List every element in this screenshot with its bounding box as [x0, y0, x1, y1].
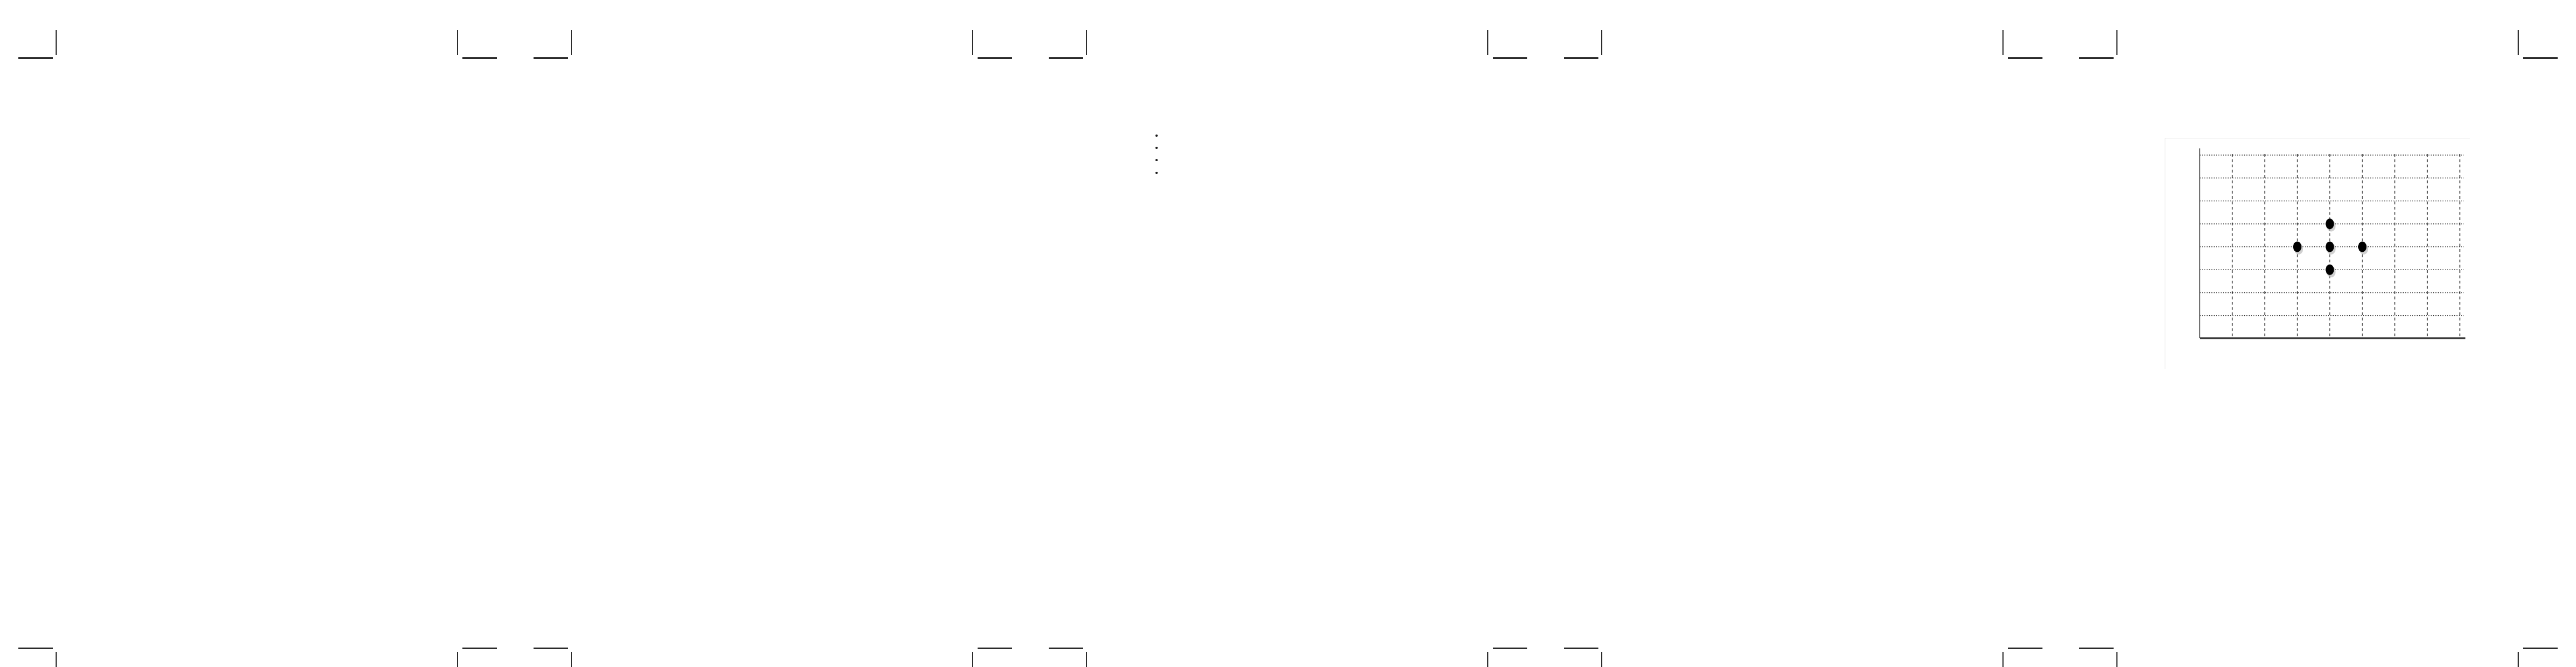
crop-mark [1493, 57, 1527, 59]
crop-mark [1601, 652, 1602, 667]
crop-mark [1049, 57, 1083, 59]
crop-mark [2523, 57, 2558, 59]
text-column [619, 123, 924, 140]
crop-mark [2523, 648, 2558, 649]
crop-mark [978, 57, 1012, 59]
crop-mark [462, 648, 497, 649]
crop-mark [2002, 652, 2004, 667]
page-1 [0, 0, 515, 667]
crop-mark [2079, 57, 2114, 59]
page-4 [1546, 0, 2061, 667]
crop-mark [2518, 30, 2519, 55]
grid-plot [2165, 138, 2470, 369]
list-item [1164, 143, 1439, 153]
crop-mark [1487, 30, 1488, 55]
stencil-dot [2326, 242, 2334, 252]
crop-mark [1564, 57, 1598, 59]
text-column [1650, 123, 1954, 140]
crop-mark [2079, 648, 2114, 649]
crop-mark [534, 57, 568, 59]
crop-mark [1564, 648, 1598, 649]
crop-mark [2518, 652, 2519, 667]
crop-mark [571, 30, 572, 55]
stencil-dot [2326, 218, 2334, 229]
list-item [1164, 155, 1439, 166]
crop-mark [571, 652, 572, 667]
figure-discretized-grid [2165, 138, 2470, 369]
crop-mark [2116, 652, 2117, 667]
crop-mark [18, 57, 53, 59]
crop-mark [457, 652, 458, 667]
page-5 [2061, 0, 2576, 667]
text-column [1134, 123, 1439, 186]
crop-mark [2116, 30, 2117, 55]
page-2 [515, 0, 1030, 667]
stencil-dot [2326, 265, 2334, 275]
bullet-list [1134, 131, 1439, 178]
equation [2165, 384, 2469, 389]
crop-mark [1601, 30, 1602, 55]
list-item [1164, 131, 1439, 141]
crop-mark [978, 648, 1012, 649]
crop-mark [972, 652, 973, 667]
stencil-dot [2358, 242, 2366, 252]
crop-mark [462, 57, 497, 59]
list-item [1164, 168, 1439, 178]
crop-mark [1086, 652, 1087, 667]
text-column [2165, 123, 2469, 396]
crop-mark [457, 30, 458, 55]
crop-mark [1086, 30, 1087, 55]
crop-mark [56, 30, 57, 55]
text-column [104, 123, 408, 171]
crop-mark [56, 652, 57, 667]
crop-mark [2008, 648, 2042, 649]
crop-mark [2008, 57, 2042, 59]
stencil-dot [2293, 242, 2301, 252]
crop-mark [1049, 648, 1083, 649]
crop-mark [2002, 30, 2004, 55]
crop-mark [18, 648, 53, 649]
document-root: { "watermark": "arXiv:1109.6065v1 [physi… [0, 0, 2576, 667]
page-3 [1030, 0, 1546, 667]
crop-mark [972, 30, 973, 55]
crop-mark [1487, 652, 1488, 667]
crop-mark [1493, 648, 1527, 649]
crop-mark [534, 648, 568, 649]
